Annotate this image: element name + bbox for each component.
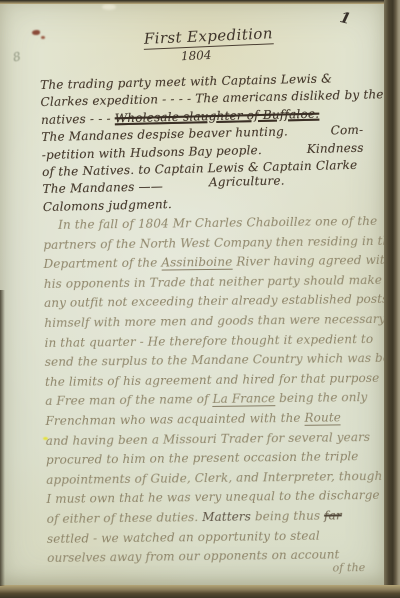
body-text: Department of the — [44, 256, 162, 271]
chapter-heading: First Expedition 1804 — [118, 22, 299, 66]
body-text: being the only — [275, 390, 367, 405]
red-ink-speck-small — [41, 36, 45, 39]
underlined-word: Assiniboine — [161, 255, 232, 271]
summary-text-right: Kindness — [307, 139, 364, 158]
body-text: of either of these duties. — [47, 510, 203, 526]
pencil-mark: 8 — [12, 49, 22, 64]
body-text: a Free man of the name of — [45, 392, 213, 408]
body-text: Frenchman who was acquainted with the — [45, 411, 304, 428]
body-line: ourselves away from our opponents on acc… — [47, 545, 381, 569]
chapter-summary-block: The trading party meet with Captains Lew… — [40, 69, 375, 216]
red-ink-speck — [32, 30, 40, 35]
rewritten-word: Matters — [202, 509, 251, 524]
manuscript-page: 1 8 First Expedition 1804 The trading pa… — [0, 3, 385, 586]
body-text: River having agreed with — [232, 253, 392, 269]
paper-smudge — [102, 4, 116, 10]
manuscript-body-block: In the fall of 1804 Mr Charles Chaboille… — [43, 212, 381, 581]
struck-text: Wholesale slaughter of Buffaloe. — [115, 106, 320, 125]
summary-text: natives - - - — [41, 111, 115, 127]
page-edge-right — [384, 0, 400, 598]
struck-word: far — [324, 508, 342, 522]
page-edge-left — [0, 290, 5, 586]
summary-text: The Mandanes —— — [42, 180, 163, 197]
underlined-word: La France — [213, 392, 276, 408]
page-number: 1 — [338, 8, 352, 28]
summary-text: Agriculture. — [209, 174, 285, 190]
summary-text-right: Com- — [330, 122, 363, 140]
body-line: of either of these duties. Matters being… — [47, 506, 381, 530]
manuscript-photo: 1 8 First Expedition 1804 The trading pa… — [0, 0, 400, 598]
underlined-word: Route — [304, 410, 341, 425]
page-edge-bottom — [0, 585, 400, 598]
page-edge-top — [0, 0, 400, 4]
body-text: being thus — [251, 508, 324, 523]
